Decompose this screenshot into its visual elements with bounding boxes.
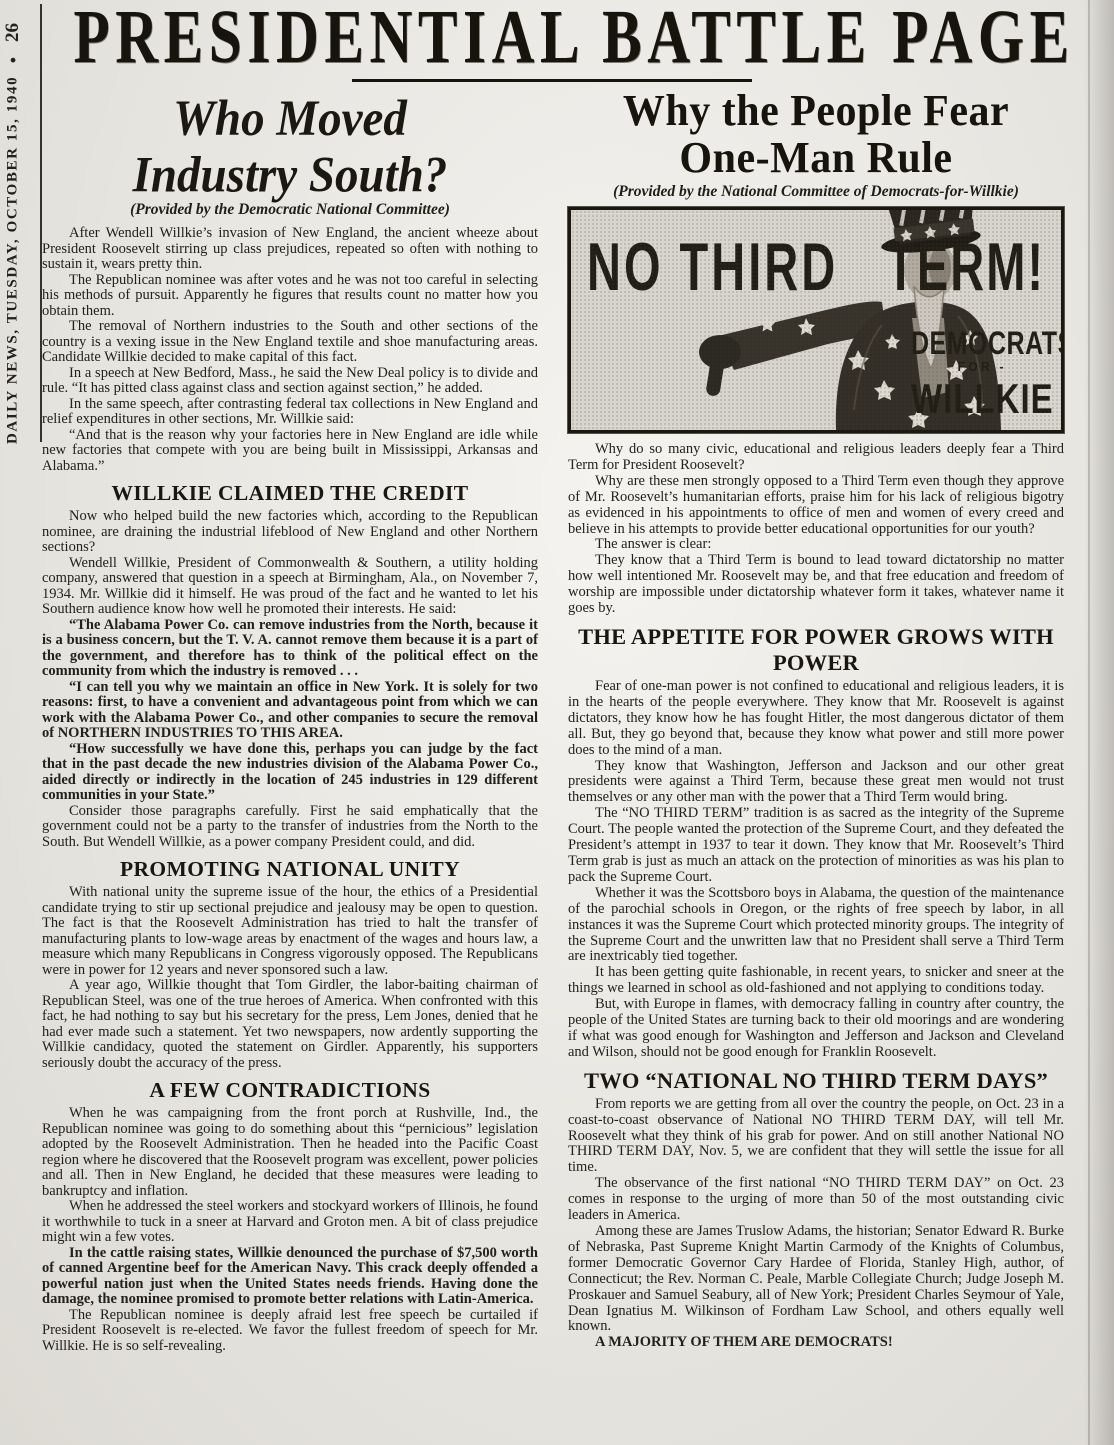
- right-title-line1: Why the People Fear: [568, 88, 1064, 135]
- paragraph: Consider those paragraphs carefully. Fir…: [42, 804, 538, 851]
- paragraph: Whether it was the Scottsboro boys in Al…: [568, 886, 1064, 966]
- paragraph: With national unity the supreme issue of…: [42, 885, 538, 978]
- paragraph: After Wendell Willkie’s invasion of New …: [42, 226, 538, 273]
- paragraph: The removal of Northern industries to th…: [42, 319, 538, 366]
- poster-term-text: TERM!: [886, 226, 1045, 306]
- paragraph: It has been getting quite fashionable, i…: [568, 965, 1064, 997]
- left-article-title: Who Moved Industry South?: [42, 92, 538, 204]
- page-number: 26: [2, 23, 24, 42]
- paragraph: When he was campaigning from the front p…: [42, 1106, 538, 1199]
- right-article-body: Why do so many civic, educational and re…: [568, 442, 1064, 1351]
- section-heading: PROMOTING NATIONAL UNITY: [42, 857, 538, 882]
- left-article: Who Moved Industry South? (Provided by t…: [42, 92, 538, 1354]
- right-article: Why the People Fear One-Man Rule (Provid…: [568, 88, 1064, 1351]
- paragraph: “I can tell you why we maintain an offic…: [42, 680, 538, 742]
- poster-for-line: FOR -: [911, 361, 1053, 374]
- paragraph: When he addressed the steel workers and …: [42, 1199, 538, 1246]
- paragraph: The observance of the first national “NO…: [568, 1176, 1064, 1224]
- newspaper-page: DAILY NEWS, TUESDAY, OCTOBER 15, 1940 ● …: [0, 0, 1114, 1445]
- paragraph: Fear of one-man power is not confined to…: [568, 679, 1064, 759]
- no-third-term-poster: NO THIRD TERM! DEMOCRATS FOR - WILLKIE: [568, 207, 1064, 433]
- paragraph: They know that Washington, Jefferson and…: [568, 759, 1064, 807]
- masthead-underline: [352, 79, 752, 82]
- edge-date-text: DAILY NEWS, TUESDAY, OCTOBER 15, 1940: [5, 76, 22, 444]
- paragraph: In the cattle raising states, Willkie de…: [42, 1246, 538, 1308]
- paragraph: “How successfully we have done this, per…: [42, 742, 538, 804]
- section-heading: WILLKIE CLAIMED THE CREDIT: [42, 481, 538, 506]
- paragraph: “The Alabama Power Co. can remove indust…: [42, 618, 538, 680]
- paragraph: In a speech at New Bedford, Mass., he sa…: [42, 366, 538, 397]
- poster-democrats-line: DEMOCRATS: [911, 328, 1053, 361]
- bullet-icon: ●: [7, 52, 19, 66]
- paragraph: In the same speech, after contrasting fe…: [42, 397, 538, 428]
- paragraph: A MAJORITY OF THEM ARE DEMOCRATS!: [568, 1335, 1064, 1351]
- paragraph: But, with Europe in flames, with democra…: [568, 997, 1064, 1061]
- paragraph: Wendell Willkie, President of Commonweal…: [42, 556, 538, 618]
- poster-democrats-for-willkie: DEMOCRATS FOR - WILLKIE: [911, 328, 1053, 411]
- masthead: PRESIDENTIAL BATTLE PAGE: [48, 0, 1100, 62]
- section-heading: THE APPETITE FOR POWER GROWS WITH POWER: [568, 624, 1064, 676]
- left-title-line1: Who Moved: [42, 92, 538, 148]
- masthead-title: PRESIDENTIAL BATTLE PAGE: [73, 0, 1074, 80]
- paragraph: Why do so many civic, educational and re…: [568, 442, 1064, 474]
- paragraph: They know that a Third Term is bound to …: [568, 553, 1064, 617]
- right-article-title: Why the People Fear One-Man Rule: [568, 88, 1064, 181]
- paragraph: Why are these men strongly opposed to a …: [568, 474, 1064, 538]
- paragraph: The Republican nominee is deeply afraid …: [42, 1308, 538, 1355]
- section-heading: A FEW CONTRADICTIONS: [42, 1078, 538, 1103]
- paragraph: A year ago, Willkie thought that Tom Gir…: [42, 978, 538, 1071]
- paragraph: The answer is clear:: [568, 537, 1064, 553]
- paragraph: Now who helped build the new factories w…: [42, 509, 538, 556]
- paragraph: The “NO THIRD TERM” tradition is as sacr…: [568, 806, 1064, 886]
- left-title-line2: Industry South?: [42, 148, 538, 204]
- poster-willkie-line: WILLKIE: [911, 378, 1053, 419]
- paragraph: The Republican nominee was after votes a…: [42, 273, 538, 320]
- section-heading: TWO “NATIONAL NO THIRD TERM DAYS”: [568, 1068, 1064, 1094]
- left-article-body: After Wendell Willkie’s invasion of New …: [42, 226, 538, 1354]
- poster-no-third-text: NO THIRD: [587, 226, 838, 306]
- paragraph: From reports we are getting from all ove…: [568, 1097, 1064, 1177]
- right-article-byline: (Provided by the National Committee of D…: [568, 183, 1064, 201]
- left-article-byline: (Provided by the Democratic National Com…: [42, 201, 538, 219]
- paragraph: “And that is the reason why your factori…: [42, 428, 538, 475]
- right-title-line2: One-Man Rule: [568, 135, 1064, 182]
- paragraph: Among these are James Truslow Adams, the…: [568, 1224, 1064, 1335]
- scan-edge-line: [1088, 0, 1090, 1445]
- edge-caption: DAILY NEWS, TUESDAY, OCTOBER 15, 1940 ● …: [2, 8, 38, 444]
